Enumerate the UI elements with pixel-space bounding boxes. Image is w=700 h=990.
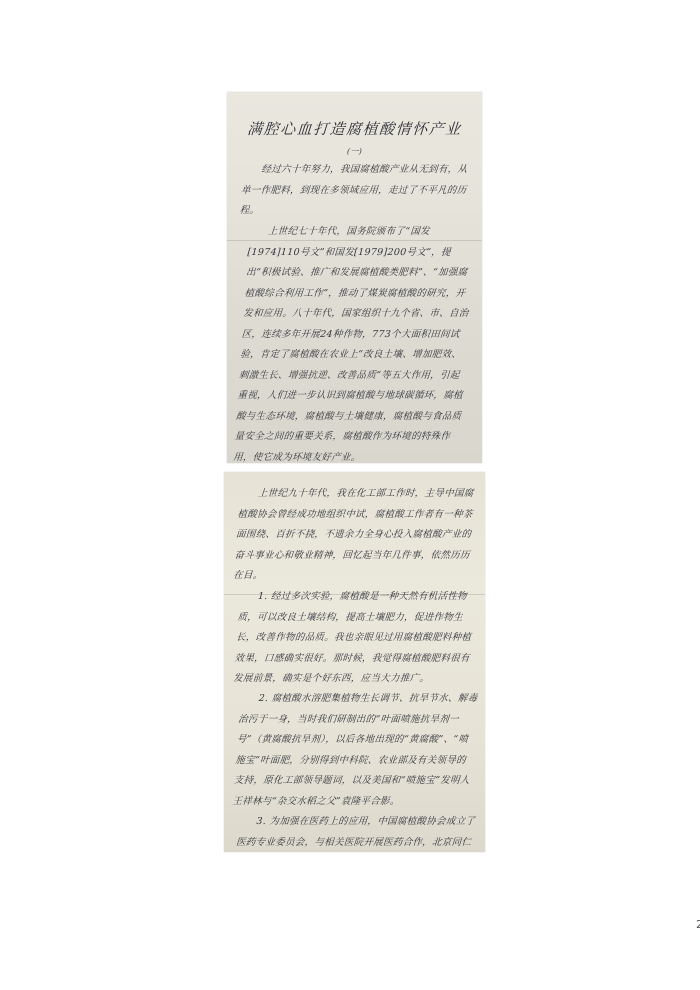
paragraph: 2. 腐植酸水溶肥集植物生长调节、抗旱节水、解毒治污于一身，当时我们研制出的“叶… — [232, 689, 480, 812]
paragraph: 3. 为加强在医药上的应用，中国腐植酸协会成立了医药专业委员会，与相关医院开展医… — [234, 812, 477, 852]
paragraph: 上世纪七十年代，国务院颁布了“国发[1974]110号文”和国发[1979]20… — [232, 222, 476, 464]
paragraph: 经过六十年努力，我国腐植酸产业从无到有，从单一作肥料，到现在多领域应用，走过了不… — [239, 160, 470, 222]
page-number: 2 — [696, 918, 700, 931]
section-marker-1: (一) — [240, 144, 468, 160]
document-title: 满腔心血打造腐植酸情怀产业 — [240, 118, 469, 140]
handwritten-page-photo-1: 满腔心血打造腐植酸情怀产业 (一) 经过六十年努力，我国腐植酸产业从无到有，从单… — [227, 92, 482, 463]
paragraph: 上世纪九十年代，我在化工部工作时，主导中国腐植酸协会曾经成功地组织中试，腐植酸工… — [232, 484, 478, 587]
paragraph: 1. 经过多次实验，腐植酸是一种天然有机活性物质，可以改良土壤结构，提高土壤肥力… — [232, 587, 478, 690]
handwritten-page-photo-2: 上世纪九十年代，我在化工部工作时，主导中国腐植酸协会曾经成功地组织中试，腐植酸工… — [224, 472, 485, 852]
